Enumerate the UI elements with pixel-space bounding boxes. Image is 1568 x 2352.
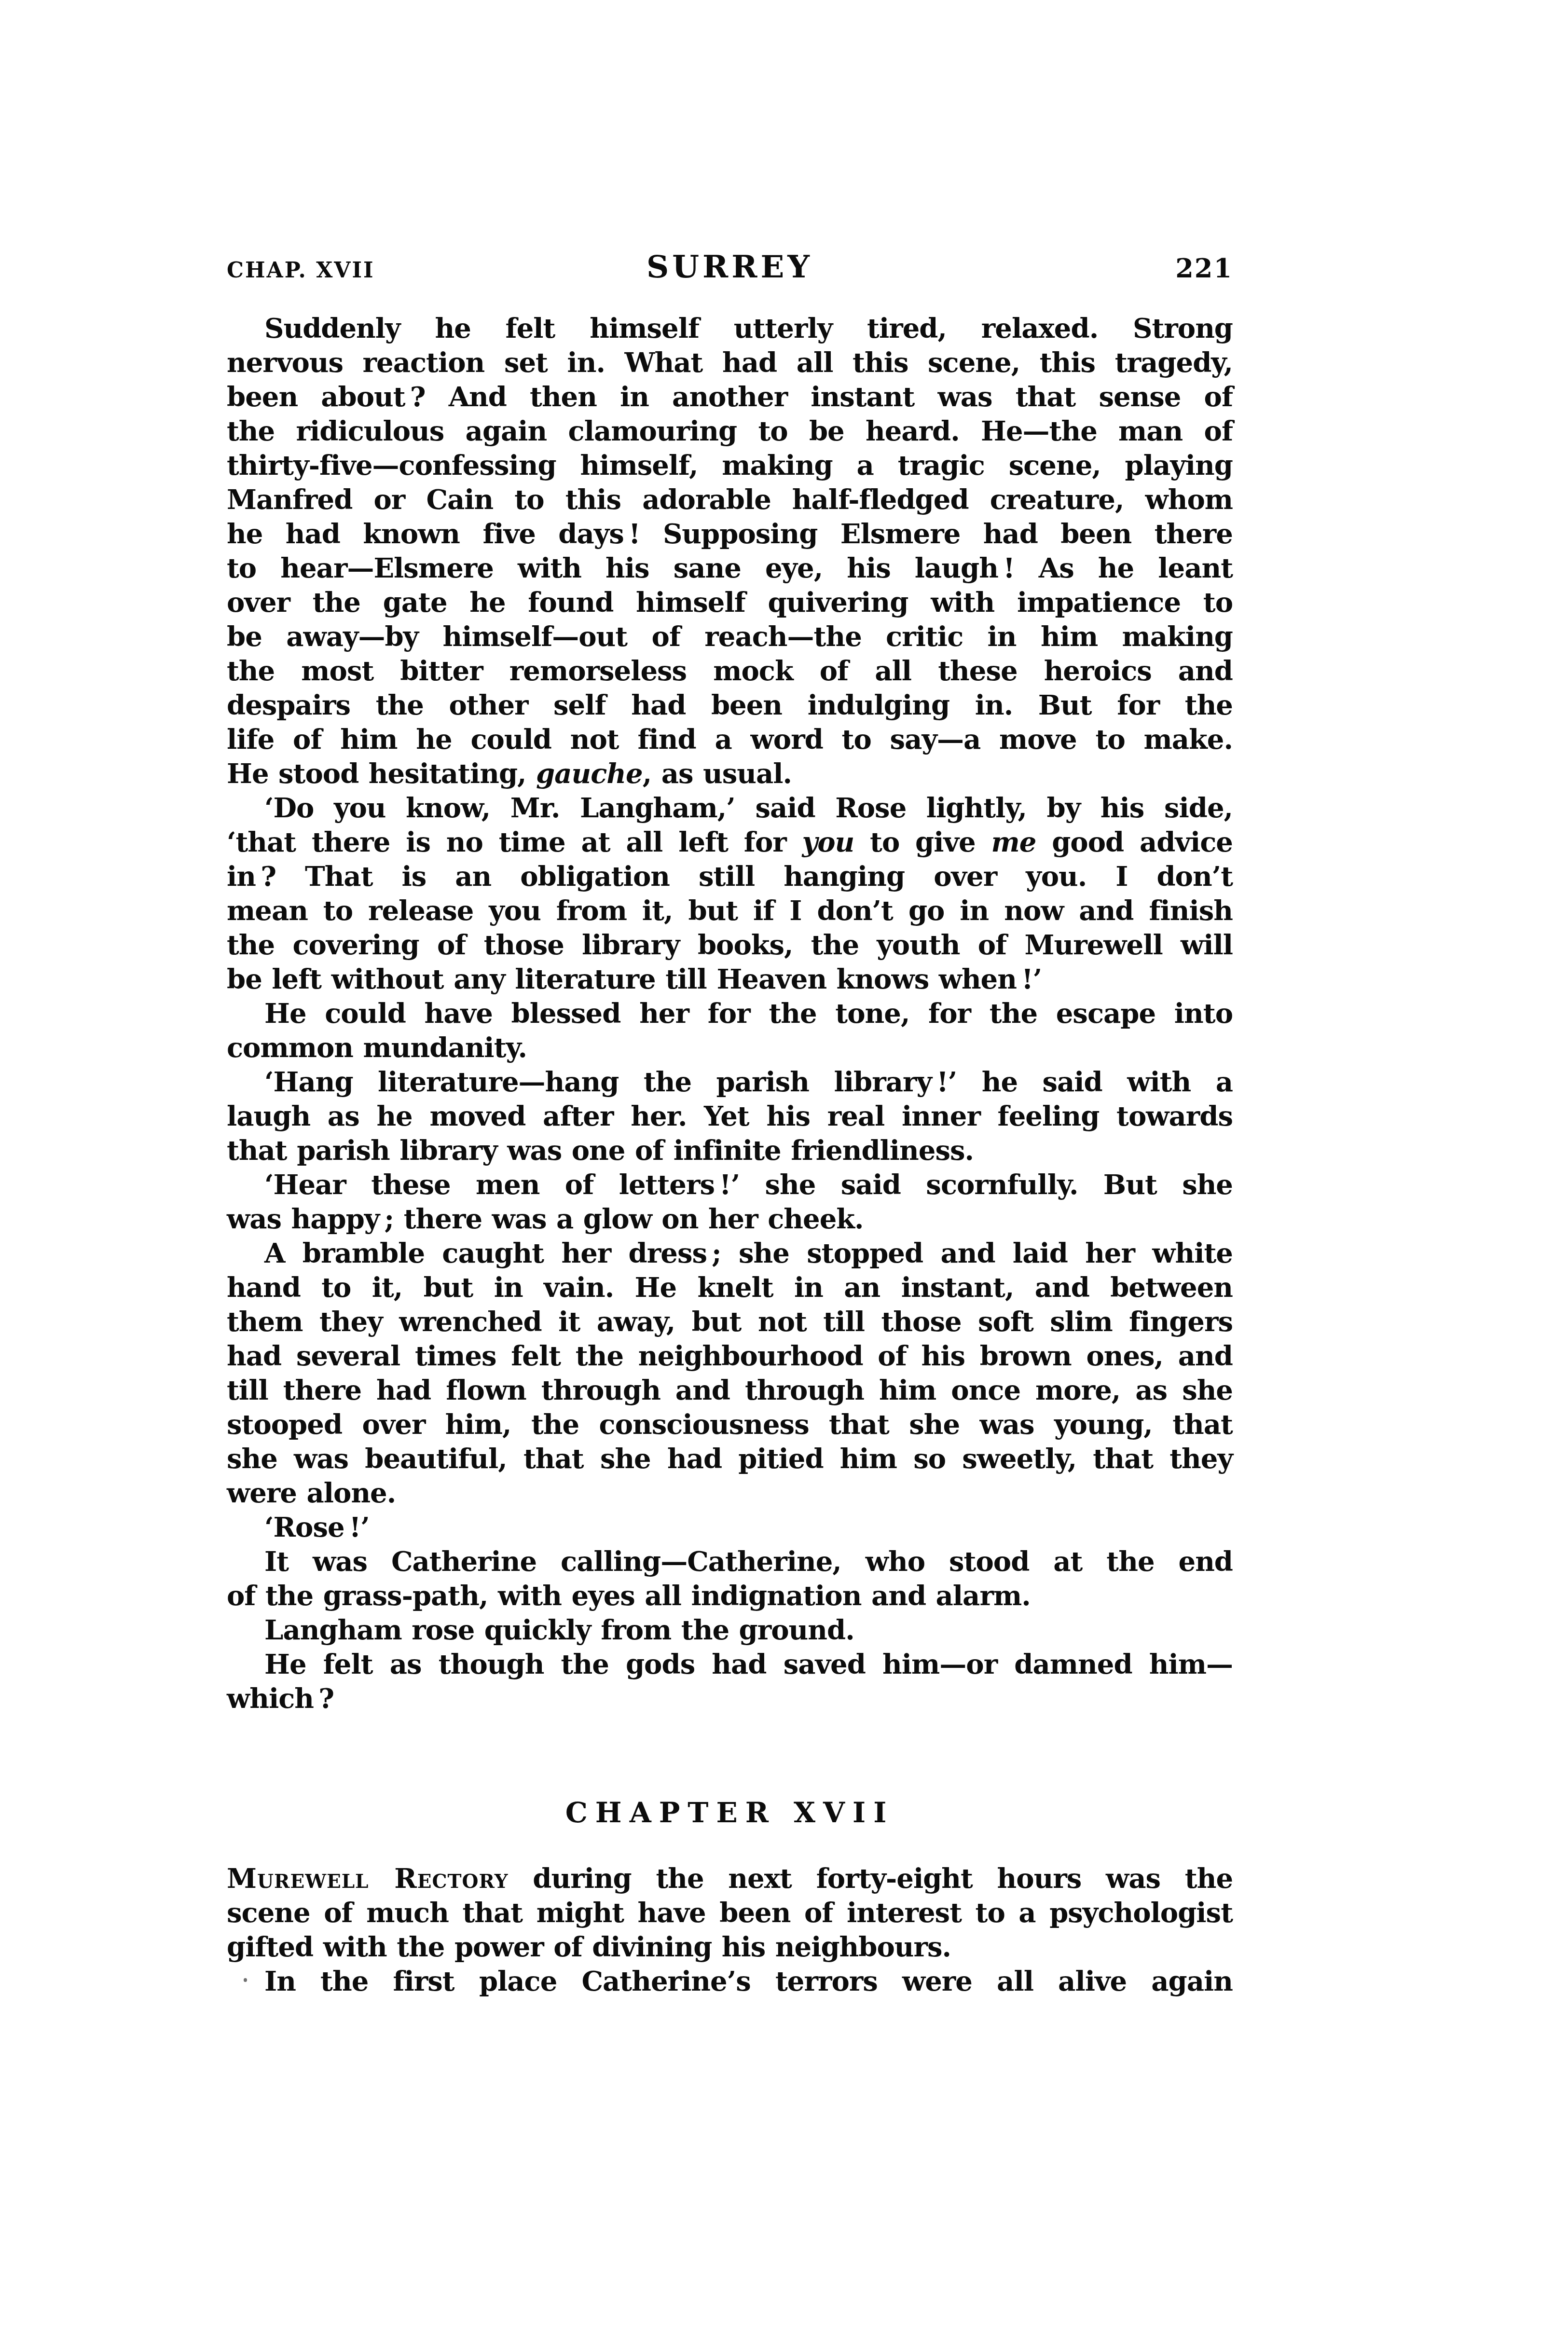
text-segment: laugh as he moved after her. Yet his rea… <box>227 1100 1233 1132</box>
text-segment: which ? <box>227 1683 334 1715</box>
italic-text: you <box>802 826 854 858</box>
text-segment: ‘Rose !’ <box>264 1512 370 1543</box>
text-segment: He stood hesitating, <box>227 758 536 790</box>
book-page: { "page_header": { "chapter_label": "CHA… <box>0 0 1568 2352</box>
text-segment: them they wrenched it away, but not till… <box>227 1306 1233 1338</box>
text-line: ‘that there is no time at all left for y… <box>227 825 1233 860</box>
text-segment: mean to release you from it, but if I do… <box>227 895 1233 927</box>
paragraph: In the first place Catherine’s terrors w… <box>227 1965 1233 1999</box>
text-segment: in ? That is an obligation still hanging… <box>227 861 1233 893</box>
text-line: was happy ; there was a glow on her chee… <box>227 1202 1233 1237</box>
text-segment: scene of much that might have been of in… <box>227 1897 1233 1929</box>
text-segment: nervous reaction set in. What had all th… <box>227 347 1233 379</box>
text-segment: ‘Hear these men of letters !’ she said s… <box>264 1169 1233 1201</box>
header-running-title: SURREY <box>562 249 897 285</box>
text-segment: she was beautiful, that she had pitied h… <box>227 1443 1233 1475</box>
text-line: scene of much that might have been of in… <box>227 1896 1233 1930</box>
small-caps-text: Murewell Rectory <box>227 1863 509 1895</box>
text-line: laugh as he moved after her. Yet his rea… <box>227 1100 1233 1134</box>
paragraph: ‘Rose !’ <box>227 1511 1233 1545</box>
text-segment: Langham rose quickly from the ground. <box>264 1614 854 1646</box>
text-segment: be left without any literature till Heav… <box>227 963 1042 995</box>
paragraph: Suddenly he felt himself utterly tired, … <box>227 312 1233 791</box>
text-line: the ridiculous again clamouring to be he… <box>227 414 1233 449</box>
text-segment: Suddenly he felt himself utterly tired, … <box>264 313 1233 344</box>
text-line: till there had flown through and through… <box>227 1374 1233 1408</box>
text-segment: stooped over him, the consciousness that… <box>227 1409 1233 1441</box>
text-line: hand to it, but in vain. He knelt in an … <box>227 1271 1233 1305</box>
text-line: be away—by himself—out of reach—the crit… <box>227 620 1233 654</box>
text-segment: the covering of those library books, the… <box>227 929 1233 961</box>
text-segment: despairs the other self had been indulgi… <box>227 689 1233 721</box>
header-chapter-label: CHAP. XVII <box>227 258 562 283</box>
chapter-opening-text: Murewell Rectory during the next forty-e… <box>227 1862 1233 1999</box>
text-line: It was Catherine calling—Catherine, who … <box>227 1545 1233 1579</box>
text-line: mean to release you from it, but if I do… <box>227 894 1233 928</box>
paragraph: ‘Hear these men of letters !’ she said s… <box>227 1168 1233 1237</box>
text-line: over the gate he found himself quivering… <box>227 586 1233 620</box>
text-line: despairs the other self had been indulgi… <box>227 688 1233 723</box>
text-line: life of him he could not find a word to … <box>227 723 1233 757</box>
text-line: He stood hesitating, gauche, as usual. <box>227 757 1233 791</box>
text-line: Manfred or Cain to this adorable half-fl… <box>227 483 1233 517</box>
text-segment: good advice <box>1036 826 1233 858</box>
text-segment: be away—by himself—out of reach—the crit… <box>227 621 1233 653</box>
text-line: in ? That is an obligation still hanging… <box>227 860 1233 894</box>
text-line: nervous reaction set in. What had all th… <box>227 346 1233 380</box>
text-segment: to give <box>854 826 991 858</box>
text-line: He felt as though the gods had saved him… <box>227 1648 1233 1682</box>
paragraph: Murewell Rectory during the next forty-e… <box>227 1862 1233 1965</box>
text-segment: life of him he could not find a word to … <box>227 724 1233 756</box>
text-segment: Manfred or Cain to this adorable half-fl… <box>227 484 1233 516</box>
text-segment: the ridiculous again clamouring to be he… <box>227 415 1233 447</box>
text-segment: hand to it, but in vain. He knelt in an … <box>227 1272 1233 1304</box>
text-line: she was beautiful, that she had pitied h… <box>227 1442 1233 1476</box>
text-segment: that parish library was one of infinite … <box>227 1135 974 1167</box>
text-segment: He could have blessed her for the tone, … <box>264 998 1233 1030</box>
paragraph: It was Catherine calling—Catherine, who … <box>227 1545 1233 1613</box>
text-segment: thirty-five—confessing himself, making a… <box>227 450 1233 481</box>
header-page-number: 221 <box>897 253 1233 284</box>
text-segment: ‘Do you know, Mr. Langham,’ said Rose li… <box>264 792 1233 824</box>
text-line: common mundanity. <box>227 1031 1233 1065</box>
text-line: Suddenly he felt himself utterly tired, … <box>227 312 1233 346</box>
text-segment: he had known five days ! Supposing Elsme… <box>227 518 1233 550</box>
text-segment: the most bitter remorseless mock of all … <box>227 655 1233 687</box>
text-segment: over the gate he found himself quivering… <box>227 587 1233 619</box>
text-segment: been about ? And then in another instant… <box>227 381 1233 413</box>
text-segment: had several times felt the neighbourhood… <box>227 1340 1233 1372</box>
paragraph: He could have blessed her for the tone, … <box>227 997 1233 1065</box>
text-line: that parish library was one of infinite … <box>227 1134 1233 1168</box>
text-segment: during the next forty-eight hours was th… <box>509 1863 1233 1895</box>
text-line: ‘Hang literature—hang the parish library… <box>227 1065 1233 1100</box>
text-segment: gifted with the power of divining his ne… <box>227 1931 951 1963</box>
text-line: gifted with the power of divining his ne… <box>227 1930 1233 1965</box>
text-segment: was happy ; there was a glow on her chee… <box>227 1203 864 1235</box>
chapter-heading: CHAPTER XVII <box>227 1796 1233 1829</box>
paragraph: ‘Do you know, Mr. Langham,’ said Rose li… <box>227 791 1233 997</box>
text-segment: ‘that there is no time at all left for <box>227 826 802 858</box>
text-segment: He felt as though the gods had saved him… <box>264 1649 1233 1680</box>
text-line: stooped over him, the consciousness that… <box>227 1408 1233 1442</box>
text-line: of the grass-path, with eyes all indigna… <box>227 1579 1233 1613</box>
text-segment: till there had flown through and through… <box>227 1375 1233 1406</box>
text-segment: to hear—Elsmere with his sane eye, his l… <box>227 552 1233 584</box>
text-segment: common mundanity. <box>227 1032 527 1064</box>
paragraph: A bramble caught her dress ; she stopped… <box>227 1237 1233 1511</box>
text-segment: were alone. <box>227 1477 396 1509</box>
text-line: ‘Do you know, Mr. Langham,’ said Rose li… <box>227 791 1233 825</box>
text-segment: It was Catherine calling—Catherine, who … <box>264 1546 1233 1578</box>
text-line: them they wrenched it away, but not till… <box>227 1305 1233 1339</box>
text-line: the most bitter remorseless mock of all … <box>227 654 1233 688</box>
text-line: be left without any literature till Heav… <box>227 963 1233 997</box>
text-line: In the first place Catherine’s terrors w… <box>227 1965 1233 1999</box>
text-line: A bramble caught her dress ; she stopped… <box>227 1237 1233 1271</box>
text-line: thirty-five—confessing himself, making a… <box>227 449 1233 483</box>
text-line: which ? <box>227 1682 1233 1716</box>
italic-text: gauche <box>536 758 643 790</box>
text-line: were alone. <box>227 1476 1233 1511</box>
text-line: the covering of those library books, the… <box>227 928 1233 963</box>
paragraph: ‘Hang literature—hang the parish library… <box>227 1065 1233 1168</box>
text-line: Murewell Rectory during the next forty-e… <box>227 1862 1233 1896</box>
paragraph: He felt as though the gods had saved him… <box>227 1648 1233 1716</box>
text-line: ‘Rose !’ <box>227 1511 1233 1545</box>
running-header: CHAP. XVII SURREY 221 <box>227 249 1233 285</box>
text-line: been about ? And then in another instant… <box>227 380 1233 414</box>
paragraph: Langham rose quickly from the ground. <box>227 1613 1233 1648</box>
italic-text: me <box>991 826 1036 858</box>
text-segment: , as usual. <box>643 758 792 790</box>
text-segment: ‘Hang literature—hang the parish library… <box>264 1066 1233 1098</box>
text-line: ‘Hear these men of letters !’ she said s… <box>227 1168 1233 1202</box>
text-line: he had known five days ! Supposing Elsme… <box>227 517 1233 551</box>
text-segment: A bramble caught her dress ; she stopped… <box>264 1238 1233 1269</box>
text-segment: of the grass-path, with eyes all indigna… <box>227 1580 1031 1612</box>
page-body-text: Suddenly he felt himself utterly tired, … <box>227 312 1233 1716</box>
text-segment: In the first place Catherine’s terrors w… <box>264 1966 1233 1997</box>
text-line: Langham rose quickly from the ground. <box>227 1613 1233 1648</box>
text-line: He could have blessed her for the tone, … <box>227 997 1233 1031</box>
text-line: to hear—Elsmere with his sane eye, his l… <box>227 551 1233 586</box>
text-line: had several times felt the neighbourhood… <box>227 1339 1233 1374</box>
scan-speck-icon <box>244 1978 247 1982</box>
